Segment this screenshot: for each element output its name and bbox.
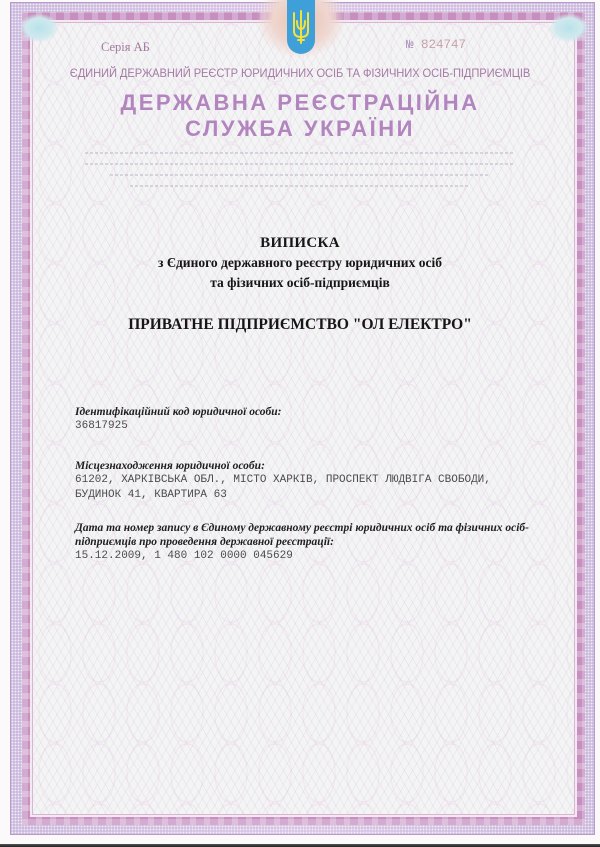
number-sign: № [406, 38, 414, 52]
field-value: 61202, ХАРКІВСЬКА ОБЛ., МІСТО ХАРКІВ, ПР… [75, 473, 545, 503]
field-value: 15.12.2009, 1 480 102 0000 045629 [75, 549, 545, 564]
serial-number-value: 824747 [421, 38, 466, 52]
series-label: Серія АБ [101, 40, 150, 55]
corner-ornament-right [550, 14, 588, 42]
registry-name: ЄДИНИЙ ДЕРЖАВНИЙ РЕЄСТР ЮРИДИЧНИХ ОСІБ Т… [21, 66, 579, 80]
microtext-line [85, 152, 515, 154]
state-emblem [257, 0, 345, 58]
service-title-line1: ДЕРЖАВНА РЕЄСТРАЦІЙНА [0, 90, 600, 116]
microtext-line [130, 185, 470, 187]
field-registration-record: Дата та номер запису в Єдиному державном… [75, 521, 545, 564]
corner-ornament-left [20, 14, 58, 42]
serial-number: № 824747 [406, 38, 466, 52]
field-label: Місцезнаходження юридичної особи: [75, 459, 545, 473]
microtext-line [85, 163, 515, 165]
field-identification-code: Ідентифікаційний код юридичної особи: 36… [75, 405, 545, 434]
field-label: Ідентифікаційний код юридичної особи: [75, 405, 545, 419]
field-legal-address: Місцезнаходження юридичної особи: 61202,… [75, 459, 545, 503]
field-value: 36817925 [75, 419, 545, 434]
document-subtitle-line1: з Єдиного державного реєстру юридичних о… [0, 253, 600, 273]
service-title: ДЕРЖАВНА РЕЄСТРАЦІЙНА СЛУЖБА УКРАЇНИ [0, 90, 600, 142]
document-heading: ВИПИСКА з Єдиного державного реєстру юри… [0, 234, 600, 293]
company-name: ПРИВАТНЕ ПІДПРИЄМСТВО "ОЛ ЕЛЕКТРО" [0, 316, 600, 334]
document-subtitle-line2: та фізичних осіб-підприємців [0, 273, 600, 293]
service-title-line2: СЛУЖБА УКРАЇНИ [0, 116, 600, 142]
trident-coat-of-arms-icon [287, 0, 315, 54]
microtext-line [110, 174, 490, 176]
document-title: ВИПИСКА [0, 234, 600, 253]
field-label: Дата та номер запису в Єдиному державном… [75, 521, 545, 549]
